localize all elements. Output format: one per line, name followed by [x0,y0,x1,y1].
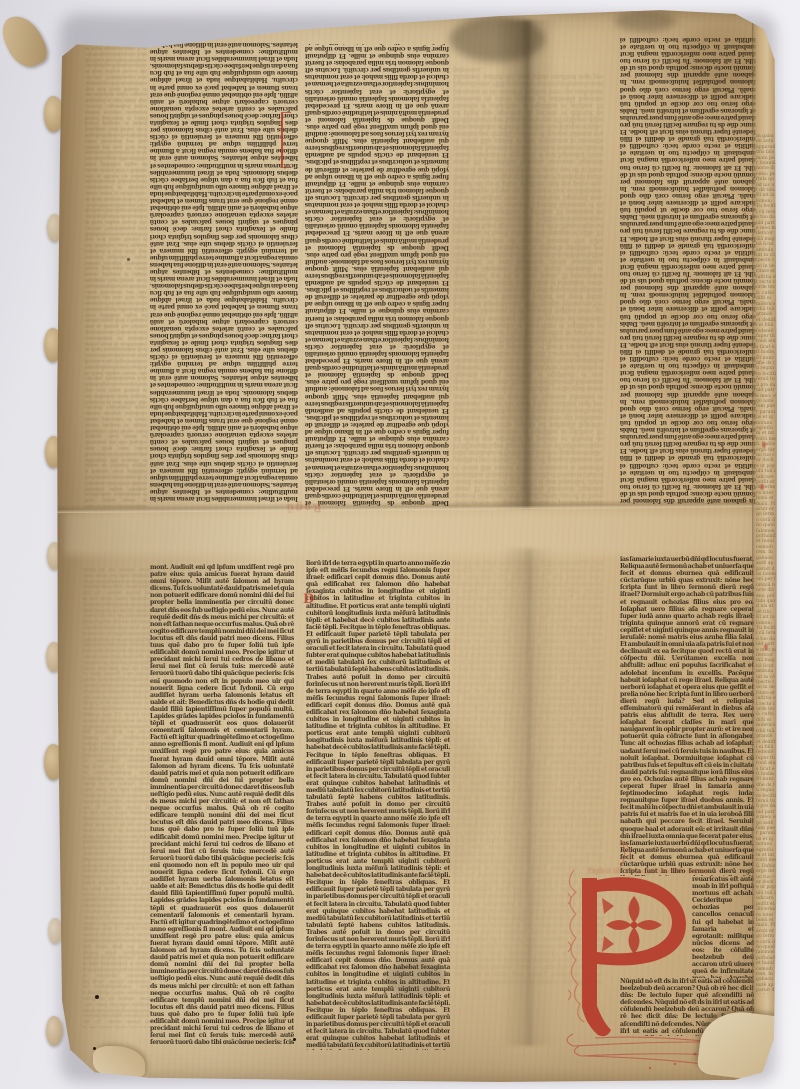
parchment-page: Iuda et iſrael innumerabiles ſicut arena… [55,8,779,1082]
text-column-top-2: Dedit quoque ds ſapientiā ſalomoni et pr… [305,44,449,506]
wormhole-spot [93,1047,96,1050]
wormhole-spot [293,1038,296,1041]
fore-edge-text-fragments: In gabaon autē apparuit dñs ſalomoni per… [756,134,776,994]
rubricated-initial-d: D [303,593,314,606]
curled-fore-edge: In gabaon autē apparuit dñs ſalomoni per… [752,14,779,1076]
text-column-bottom-2: liorū iſrl de terra egypti in quarto ann… [306,560,450,1050]
column-3-upper-text: ias ſamarie iuxta uerbū dñi qd locutus f… [620,556,754,876]
spine-tab [0,9,51,73]
wormhole-spot [95,995,99,999]
middle-light-band [65,513,765,555]
manuscript-photo: Iuda et iſrael innumerabiles ſicut arena… [0,0,800,1089]
red-speck [764,644,768,650]
red-speck [760,484,764,490]
red-speck [762,442,766,448]
ghost-text-showthrough: Iuda et iſrael innumerabiles ſicut arena… [85,38,147,508]
ghost-text-showthrough: mont. Audiuit eni qd ipſum unxiſſent reg… [83,568,151,1028]
text-column-top-1: Iuda et iſrael innumerabiles ſicut arena… [150,42,298,502]
stain [615,10,675,32]
fold-stain-bottom [501,548,555,1046]
text-column-bottom-1: mont. Audiuit eni qd ipſum unxiſſent reg… [150,564,294,1044]
running-title: Regū [255,498,351,514]
stain [450,16,545,62]
red-bracket-mark [281,112,291,168]
fold-stain-top [495,20,557,508]
text-column-top-3: In gabaon autē apparuit dñs ſalomoni per… [620,38,756,504]
wormhole-spot [127,258,130,261]
